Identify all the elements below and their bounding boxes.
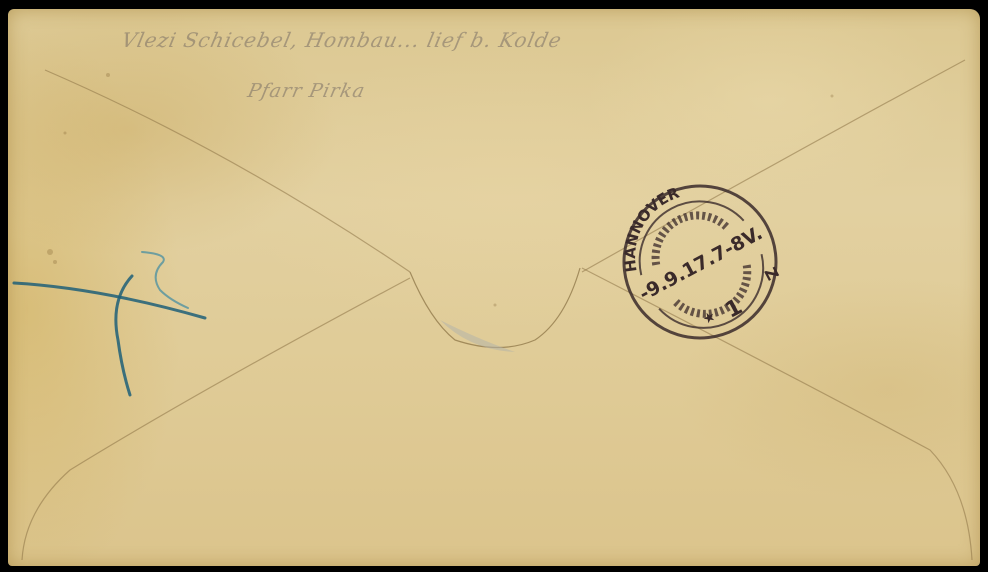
blue-cross-mark: [14, 252, 205, 395]
flap-folds: [22, 60, 972, 560]
pencil-note-line-1: Vlezi Schicebel, Hombau... lief b. Kolde: [119, 28, 564, 52]
postmark-office: 1: [721, 294, 746, 323]
postmark: HANNOVER -9.9.17.7-8V. 1 ★ Z: [594, 154, 802, 365]
stains: [47, 73, 834, 307]
pencil-note-line-2: Pfarr Pirka: [246, 80, 368, 102]
envelope-details: HANNOVER -9.9.17.7-8V. 1 ★ Z: [0, 0, 988, 572]
